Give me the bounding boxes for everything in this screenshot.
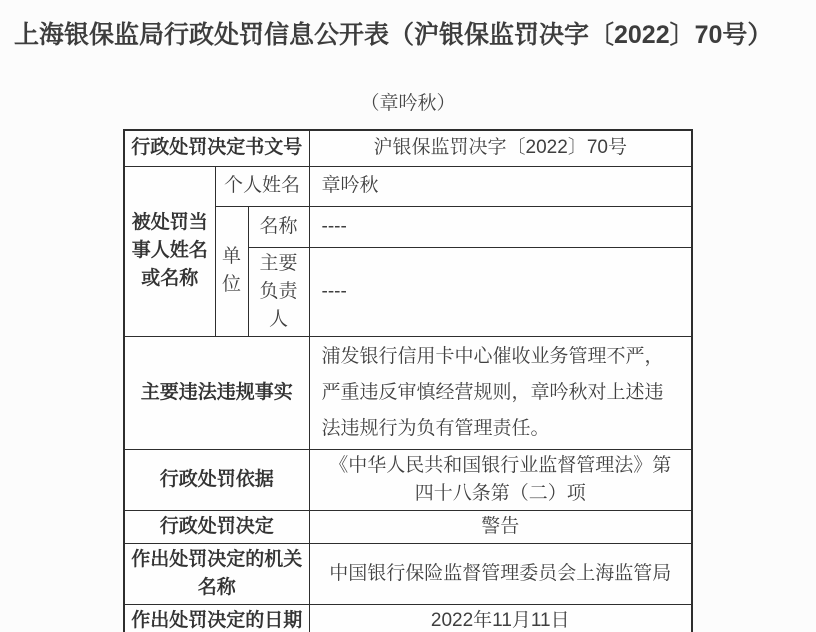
page-subtitle: （章吟秋）	[0, 92, 816, 116]
penalty-table: 行政处罚决定书文号 沪银保监罚决字〔2022〕70号 被处罚当事人姓名或名称 个…	[123, 129, 693, 632]
penalty-decision-label: 行政处罚决定	[124, 510, 309, 543]
page-title: 上海银保监局行政处罚信息公开表（沪银保监罚决字〔2022〕70号）	[14, 20, 808, 50]
table-row: 作出处罚决定的机关名称 中国银行保险监督管理委员会上海监管局	[124, 543, 692, 604]
personal-name-value: 章吟秋	[309, 166, 692, 206]
table-row: 行政处罚决定书文号 沪银保监罚决字〔2022〕70号	[124, 130, 692, 166]
doc-number-value: 沪银保监罚决字〔2022〕70号	[309, 130, 692, 166]
decision-date-value: 2022年11月11日	[309, 604, 692, 632]
violation-facts-value: 浦发银行信用卡中心催收业务管理不严， 严重违反审慎经营规则，章吟秋对上述违 法违…	[309, 336, 692, 449]
table-row: 被处罚当事人姓名或名称 个人姓名 章吟秋	[124, 166, 692, 206]
doc-number-label: 行政处罚决定书文号	[124, 130, 309, 166]
table-row: 行政处罚决定 警告	[124, 510, 692, 543]
chief-officer-label: 主要负责人	[248, 247, 309, 336]
decision-date-label: 作出处罚决定的日期	[124, 604, 309, 632]
penalty-decision-value: 警告	[309, 510, 692, 543]
table-row: 行政处罚依据 《中华人民共和国银行业监督管理法》第 四十八条第（二）项	[124, 449, 692, 510]
unit-name-value: ----	[309, 206, 692, 247]
penalty-disclosure-page: 上海银保监局行政处罚信息公开表（沪银保监罚决字〔2022〕70号） （章吟秋） …	[0, 0, 816, 632]
authority-name-label: 作出处罚决定的机关名称	[124, 543, 309, 604]
chief-officer-value: ----	[309, 247, 692, 336]
unit-label: 单位	[215, 206, 248, 336]
unit-name-label: 名称	[248, 206, 309, 247]
table-row: 主要违法违规事实 浦发银行信用卡中心催收业务管理不严， 严重违反审慎经营规则，章…	[124, 336, 692, 449]
violation-facts-label: 主要违法违规事实	[124, 336, 309, 449]
authority-name-value: 中国银行保险监督管理委员会上海监管局	[309, 543, 692, 604]
punished-party-label: 被处罚当事人姓名或名称	[124, 166, 215, 336]
table-row: 作出处罚决定的日期 2022年11月11日	[124, 604, 692, 632]
penalty-basis-label: 行政处罚依据	[124, 449, 309, 510]
penalty-basis-value: 《中华人民共和国银行业监督管理法》第 四十八条第（二）项	[309, 449, 692, 510]
personal-name-label: 个人姓名	[215, 166, 309, 206]
